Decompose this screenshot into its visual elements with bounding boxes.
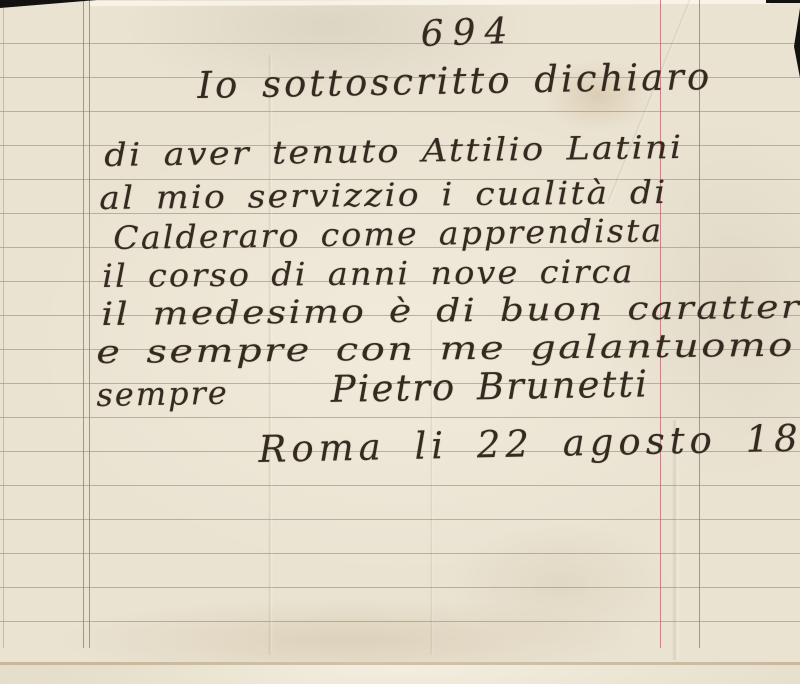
opening-line: Io sottoscritto dichiaro [197, 55, 713, 107]
body-line-4: il corso di anni nove circa [102, 252, 635, 295]
body-line-3: Calderaro come apprendista [113, 211, 664, 257]
body-line-6: e sempre con me galantuomo [96, 326, 795, 371]
signature: Pietro Brunetti [330, 362, 649, 411]
date-line-text: Roma li 22 agosto 18 [258, 417, 800, 471]
date-line: Roma li 22 agosto 18 8 [258, 415, 800, 471]
document-photo: 694 Io sottoscritto dichiaro di aver ten… [0, 0, 800, 684]
closing-word: sempre [96, 374, 229, 414]
page-number: 694 [420, 11, 517, 55]
handwritten-text: 694 Io sottoscritto dichiaro di aver ten… [0, 0, 800, 684]
photo-background-top-strip [766, 0, 800, 3]
body-line-2: al mio servizzio i cualità di [99, 173, 668, 217]
body-line-1: di aver tenuto Attilio Latini [104, 128, 684, 174]
